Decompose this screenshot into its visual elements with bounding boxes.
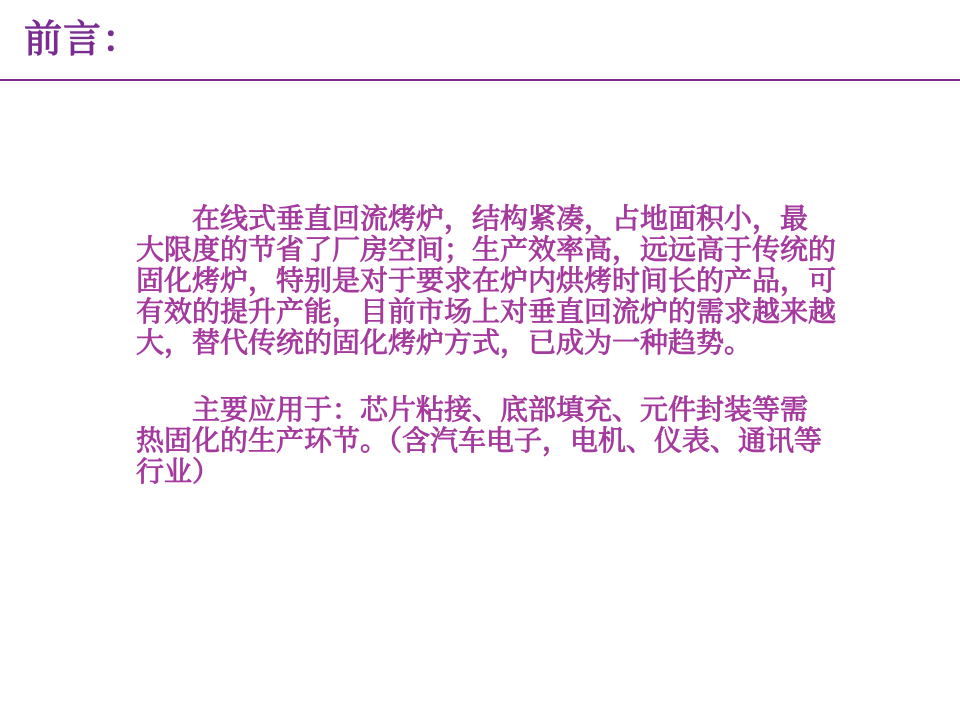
paragraph-intro: 在线式垂直回流烤炉，结构紧凑，占地面积小，最 大限度的节省了厂房空间；生产效率高…: [136, 203, 836, 358]
text-line: 大，替代传统的固化烤炉方式，已成为一种趋势。: [136, 327, 836, 358]
text-line: 大限度的节省了厂房空间；生产效率高，远远高于传统的: [136, 234, 836, 265]
paragraph-applications: 主要应用于：芯片粘接、底部填充、元件封装等需 热固化的生产环节。（含汽车电子，电…: [136, 394, 836, 487]
title-divider-line: [0, 79, 960, 81]
presentation-slide: 前言： 在线式垂直回流烤炉，结构紧凑，占地面积小，最 大限度的节省了厂房空间；生…: [0, 0, 960, 720]
text-line: 主要应用于：芯片粘接、底部填充、元件封装等需: [136, 394, 836, 425]
text-line: 热固化的生产环节。（含汽车电子，电机、仪表、通讯等: [136, 425, 836, 456]
text-line: 在线式垂直回流烤炉，结构紧凑，占地面积小，最: [136, 203, 836, 234]
text-line: 有效的提升产能，目前市场上对垂直回流炉的需求越来越: [136, 296, 836, 327]
slide-title: 前言：: [24, 8, 141, 63]
body-text-block: 在线式垂直回流烤炉，结构紧凑，占地面积小，最 大限度的节省了厂房空间；生产效率高…: [136, 203, 836, 487]
text-line: 固化烤炉，特别是对于要求在炉内烘烤时间长的产品，可: [136, 265, 836, 296]
text-line: 行业）: [136, 456, 836, 487]
